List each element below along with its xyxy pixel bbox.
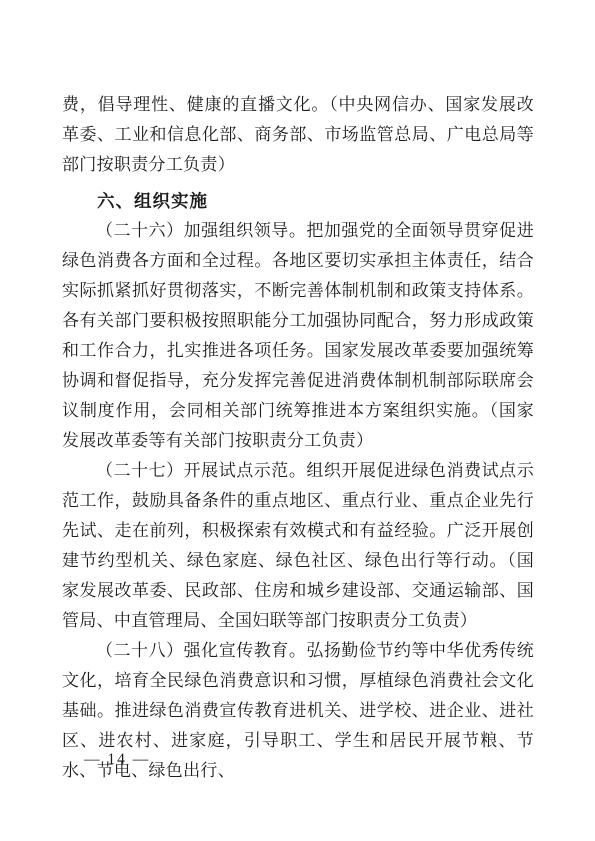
- section-heading: 六、组织实施: [62, 186, 534, 216]
- paragraph-27: （二十七）开展试点示范。组织开展促进绿色消费试点示范工作，鼓励具备条件的重点地区…: [62, 456, 534, 636]
- document-page: 费，倡导理性、健康的直播文化。（中央网信办、国家发展改革委、工业和信息化部、商务…: [0, 0, 595, 841]
- paragraph-26: （二十六）加强组织领导。把加强党的全面领导贯穿促进绿色消费各方面和全过程。各地区…: [62, 216, 534, 456]
- document-text-block: 费，倡导理性、健康的直播文化。（中央网信办、国家发展改革委、工业和信息化部、商务…: [62, 90, 534, 786]
- paragraph-continuation: 费，倡导理性、健康的直播文化。（中央网信办、国家发展改革委、工业和信息化部、商务…: [62, 90, 534, 180]
- page-number: — 14 —: [84, 750, 150, 770]
